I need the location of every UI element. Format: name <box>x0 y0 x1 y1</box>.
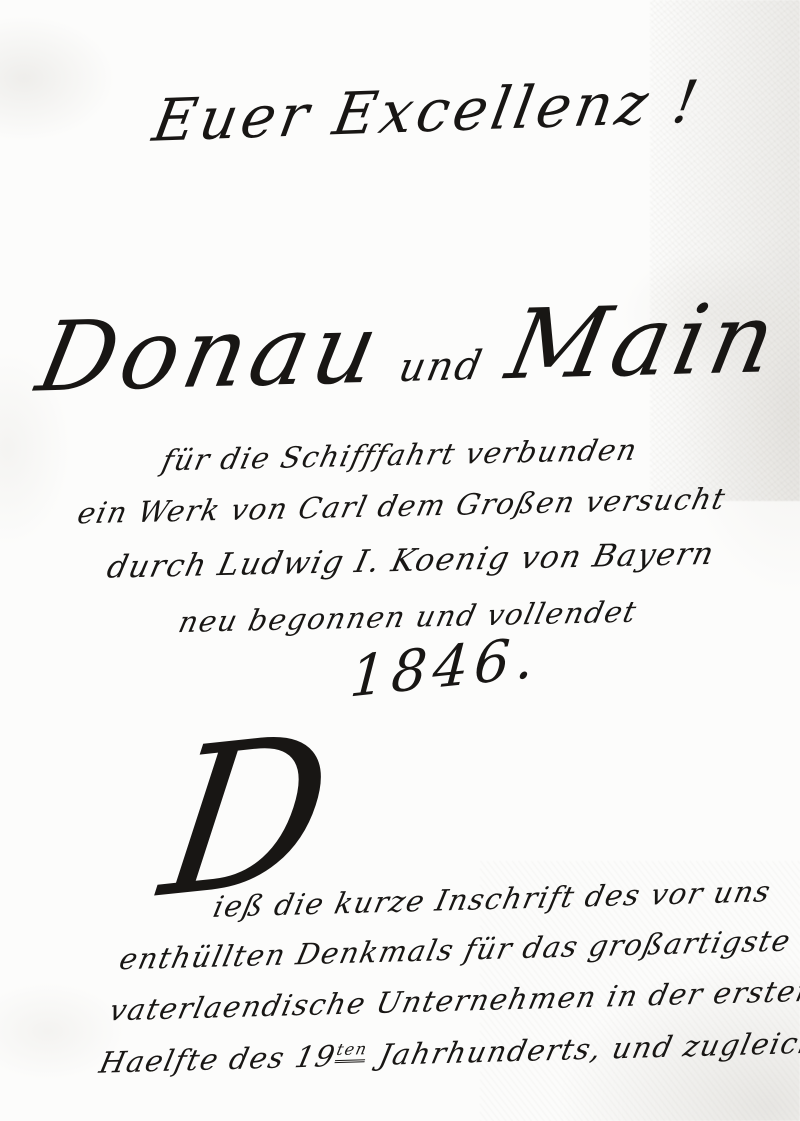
title-word-main: Main <box>498 282 789 402</box>
title-word-donau: Donau <box>29 292 392 414</box>
subtitle-line-3: durch Ludwig I. Koenig von Bayern <box>0 534 800 588</box>
main-title: Donau und Main <box>0 281 800 415</box>
body-line-4-before: Haelfte des 19 <box>96 1039 339 1080</box>
manuscript-page: Euer Excellenz ! Donau und Main für die … <box>0 0 800 1121</box>
ordinal-superscript: ten <box>334 1039 370 1063</box>
subtitle-line-2: ein Werk von Carl dem Großen versucht <box>0 480 800 532</box>
title-word-und: und <box>395 343 488 391</box>
